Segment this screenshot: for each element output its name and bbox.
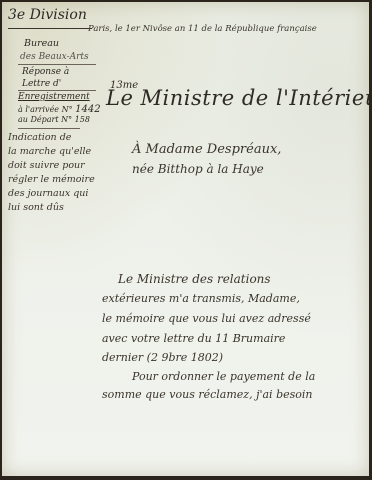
margin-note-4: régler le mémoire <box>8 174 95 185</box>
recipient-line-1: À Madame Despréaux, <box>132 142 281 157</box>
margin-note-3: doit suivre pour <box>8 160 85 171</box>
margin-note-6: lui sont dûs <box>8 202 64 213</box>
depart-number: 158 <box>75 115 90 124</box>
bureau-label: Bureau <box>24 38 59 49</box>
margin-note-1: Indication de <box>8 132 71 143</box>
arrivee-row: à l'arrivée N° 1442 <box>18 104 101 115</box>
division-rule <box>8 28 92 29</box>
body-line-1: Le Ministre des relations <box>118 272 271 286</box>
recipient-line-2: née Bitthop à la Haye <box>132 162 264 176</box>
depart-label: au Départ N° <box>18 115 72 124</box>
rule <box>18 90 96 91</box>
body-line-2: extérieures m'a transmis, Madame, <box>102 292 300 305</box>
rule <box>18 64 96 65</box>
margin-note-2: la marche qu'elle <box>8 146 91 157</box>
letter-page: 3e Division Bureau des Beaux-Arts Répons… <box>2 2 369 476</box>
body-line-4: avec votre lettre du 11 Brumaire <box>102 332 285 345</box>
division-label: 3e Division <box>8 7 87 23</box>
date-line: Paris, le 1er Nivôse an 11 de la Républi… <box>88 24 317 34</box>
body-line-7: somme que vous réclamez, j'ai besoin <box>102 388 313 401</box>
body-line-3: le mémoire que vous lui avez adressé <box>102 312 311 325</box>
bureau-value: des Beaux-Arts <box>20 52 89 62</box>
reponse-label: Réponse à <box>22 67 69 77</box>
margin-note-5: des journaux qui <box>8 188 88 199</box>
letter-title: Le Ministre de l'Intérieur, <box>106 86 369 110</box>
depart-row: au Départ N° 158 <box>18 115 90 124</box>
lettre-label: Lettre d' <box>22 79 61 89</box>
arrivee-label: à l'arrivée N° <box>18 105 73 114</box>
arrivee-number: 1442 <box>75 104 100 115</box>
enregistrement-label: Enregistrement <box>18 92 90 102</box>
body-line-5: dernier (2 9bre 1802) <box>102 351 223 364</box>
body-line-6: Pour ordonner le payement de la <box>132 370 315 383</box>
rule <box>18 128 80 129</box>
